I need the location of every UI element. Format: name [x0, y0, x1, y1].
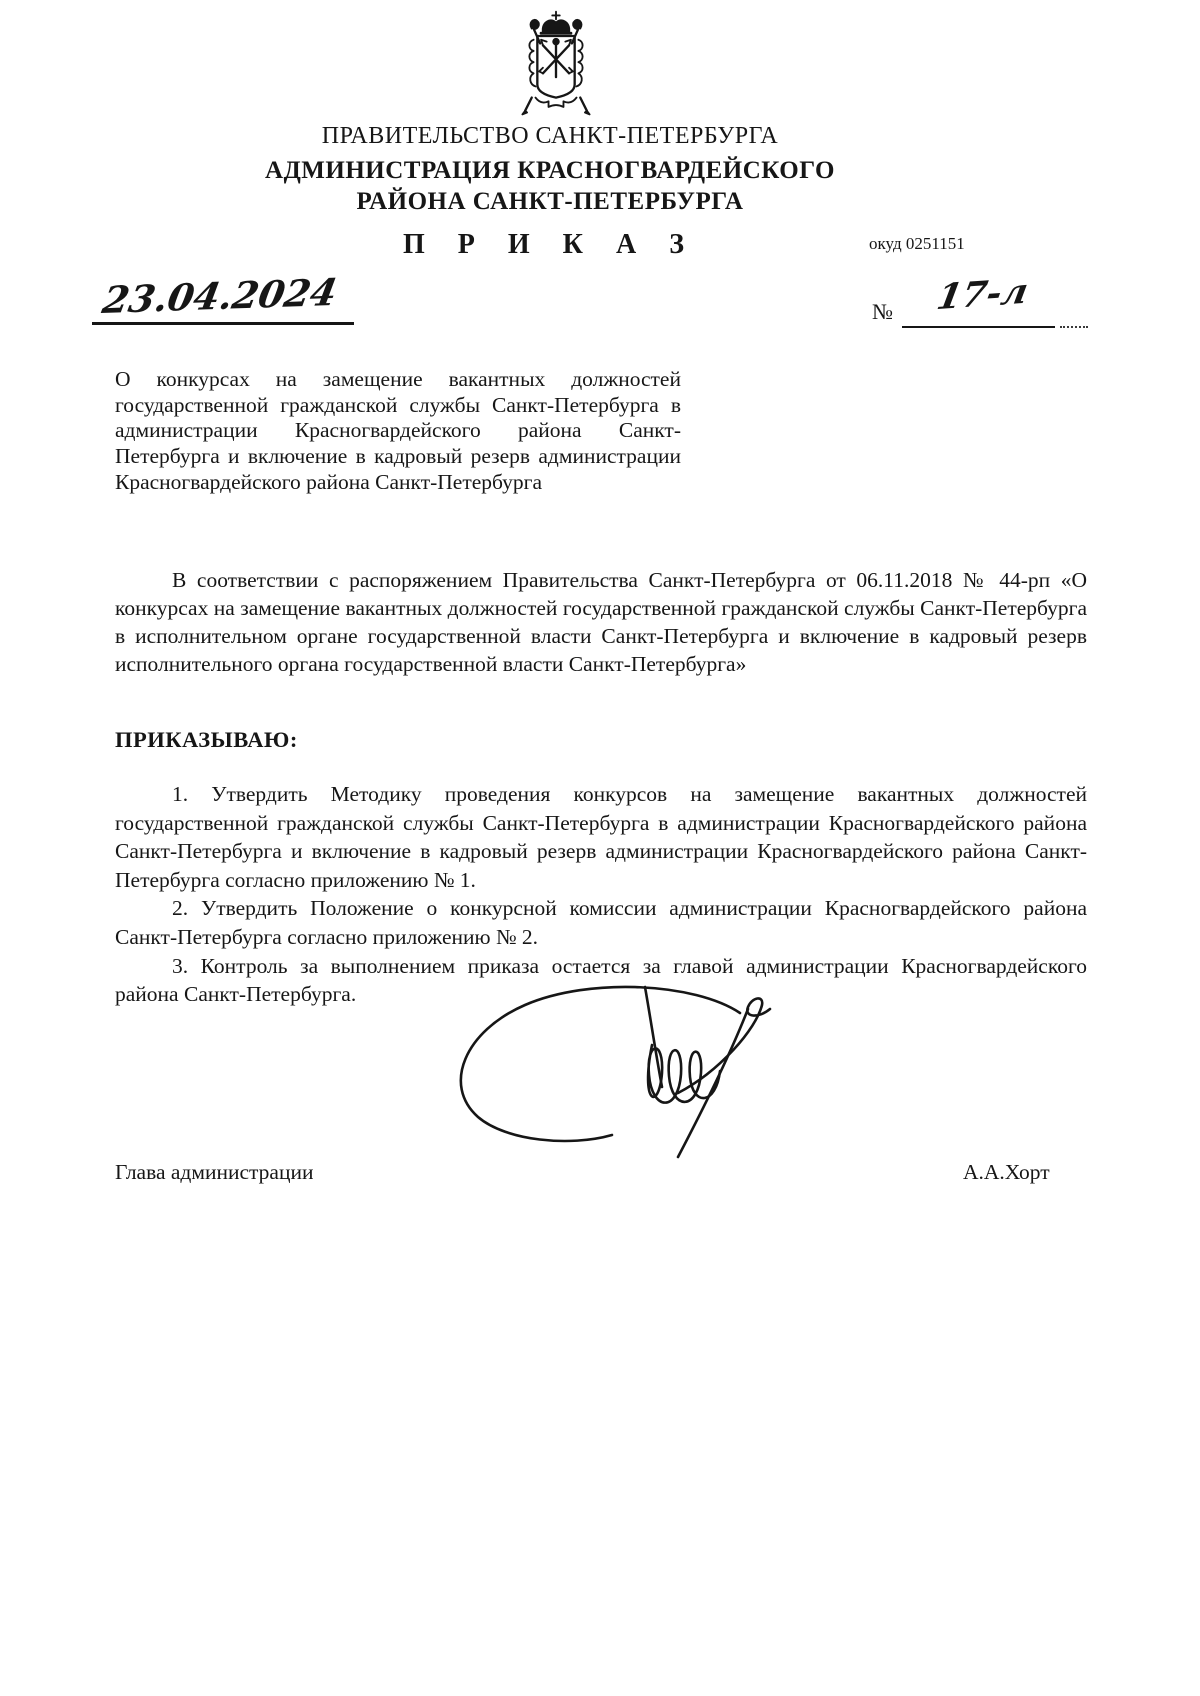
number-label: №	[872, 299, 893, 325]
saint-petersburg-coat-of-arms-icon	[500, 8, 612, 120]
handwritten-number: 17-л	[934, 271, 1032, 318]
organization-title-line2: РАЙОНА САНКТ-ПЕТЕРБУРГА	[0, 186, 1100, 217]
order-item-2: 2. Утвердить Положение о конкурсной коми…	[115, 894, 1087, 951]
date-underline	[92, 322, 354, 325]
handwritten-signature	[440, 975, 780, 1160]
signer-name: А.А.Хорт	[963, 1160, 1050, 1185]
government-title: ПРАВИТЕЛЬСТВО САНКТ-ПЕТЕРБУРГА	[0, 123, 1100, 150]
signer-position-title: Глава администрации	[115, 1160, 314, 1185]
number-underline	[902, 326, 1055, 328]
document-page: ПРАВИТЕЛЬСТВО САНКТ-ПЕТЕРБУРГА АДМИНИСТР…	[0, 0, 1200, 1696]
preamble-paragraph: В соответствии с распоряжением Правитель…	[115, 566, 1087, 678]
order-item-1: 1. Утвердить Методику проведения конкурс…	[115, 780, 1087, 894]
number-underline-tail	[1060, 326, 1088, 328]
okud-code: окуд 0251151	[869, 234, 965, 254]
subject-paragraph: О конкурсах на замещение вакантных должн…	[115, 367, 681, 496]
order-word: ПРИКАЗЫВАЮ:	[115, 727, 298, 753]
organization-title-line1: АДМИНИСТРАЦИЯ КРАСНОГВАРДЕЙСКОГО	[0, 155, 1100, 186]
handwritten-date: 23.04.2024	[99, 270, 340, 322]
